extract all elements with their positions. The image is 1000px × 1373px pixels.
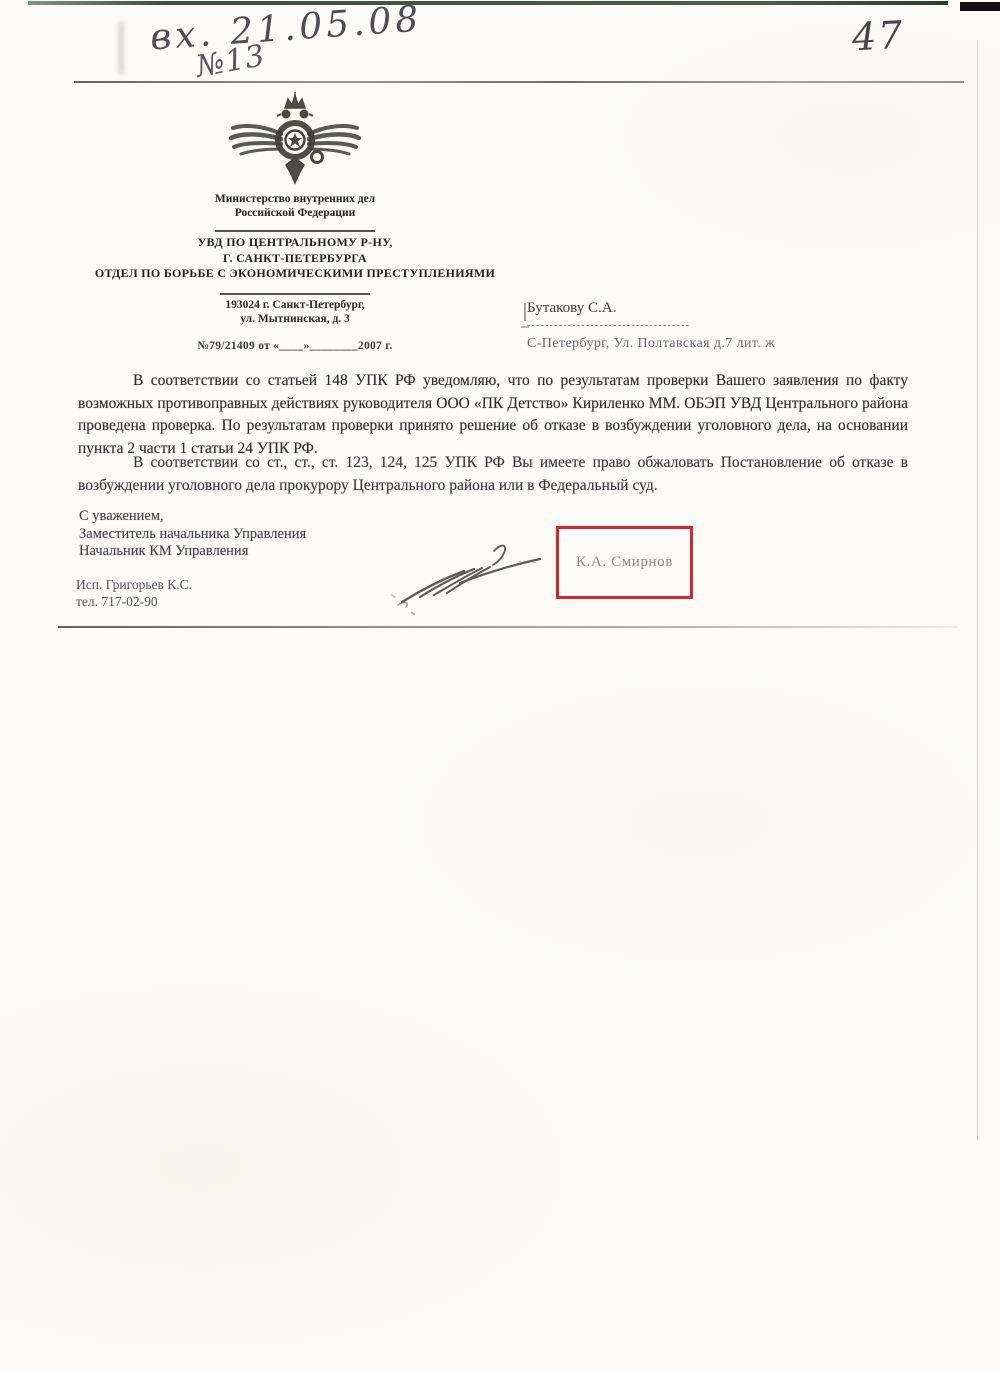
paragraph-1-text: В соответствии со статьей 148 УПК РФ уве… (78, 370, 908, 460)
division-line3: ОТДЕЛ ПО БОРЬБЕ С ЭКОНОМИЧЕСКИМИ ПРЕСТУП… (75, 266, 515, 282)
recipient-address: С-Петербург, Ул. Полтавская д.7 лит. ж (527, 336, 927, 352)
executor-phone: тел. 717-02-90 (76, 593, 192, 610)
salutation: С уважением, (79, 508, 306, 526)
signer-name: К.А. Смирнов (576, 554, 673, 571)
top-horizontal-rule (74, 81, 964, 83)
body-paragraph-2: В соответствии со ст., ст., ст. 123, 124… (78, 452, 908, 497)
executor-name: Исп. Григорьев К.С. (76, 576, 192, 593)
paragraph-2-text: В соответствии со ст., ст., ст. 123, 124… (78, 452, 908, 497)
ministry-name-line1: Министерство внутренних дел (75, 192, 515, 206)
sender-address-line1: 193024 г. Санкт-Петербург, (75, 298, 515, 312)
recipient-name: Бутакову С.А. (527, 300, 927, 317)
scan-tick-mark (524, 303, 526, 321)
letterhead-divider-2 (220, 293, 370, 295)
sender-address-line2: ул. Мытнинская, д. 3 (75, 312, 515, 326)
scan-corner-mark (960, 2, 1000, 11)
recipient-separator: ------------------------------------ (527, 321, 927, 331)
division-line1: УВД ПО ЦЕНТРАЛЬНОМУ Р-НУ, (75, 235, 515, 251)
outgoing-reference-line: №79/21409 от «____»________2007 г. (75, 340, 515, 352)
signer-title-line1: Заместитель начальника Управления (79, 526, 306, 544)
letterhead: Министерство внутренних дел Российской Ф… (75, 92, 515, 352)
division-line2: Г. САНКТ-ПЕТЕРБУРГА (75, 251, 515, 267)
body-paragraph-1: В соответствии со статьей 148 УПК РФ уве… (78, 370, 908, 460)
signer-name-highlight-box: К.А. Смирнов (556, 526, 693, 599)
paper-edge-line (977, 40, 978, 1140)
ministry-name-line2: Российской Федерации (75, 206, 515, 220)
recipient-block: Бутакову С.А. --------------------------… (527, 300, 927, 352)
mvd-eagle-emblem-icon (229, 92, 361, 186)
letterhead-divider-1 (215, 230, 375, 232)
signer-title-line2: Начальник КМ Управления (79, 543, 306, 561)
scan-edge-strip (28, 1, 948, 5)
executor-block: Исп. Григорьев К.С. тел. 717-02-90 (76, 576, 192, 610)
bottom-horizontal-rule (58, 626, 958, 628)
scanned-letter-page: вх. 21.05.08 №13 47 (0, 0, 1000, 1373)
scan-dots: · – (518, 556, 539, 568)
signature-titles-block: С уважением, Заместитель начальника Упра… (79, 508, 306, 561)
handwritten-incoming-date: вх. 21.05.08 (149, 0, 424, 58)
handwritten-page-number: 47 (851, 13, 906, 60)
scan-smudge (118, 22, 124, 74)
